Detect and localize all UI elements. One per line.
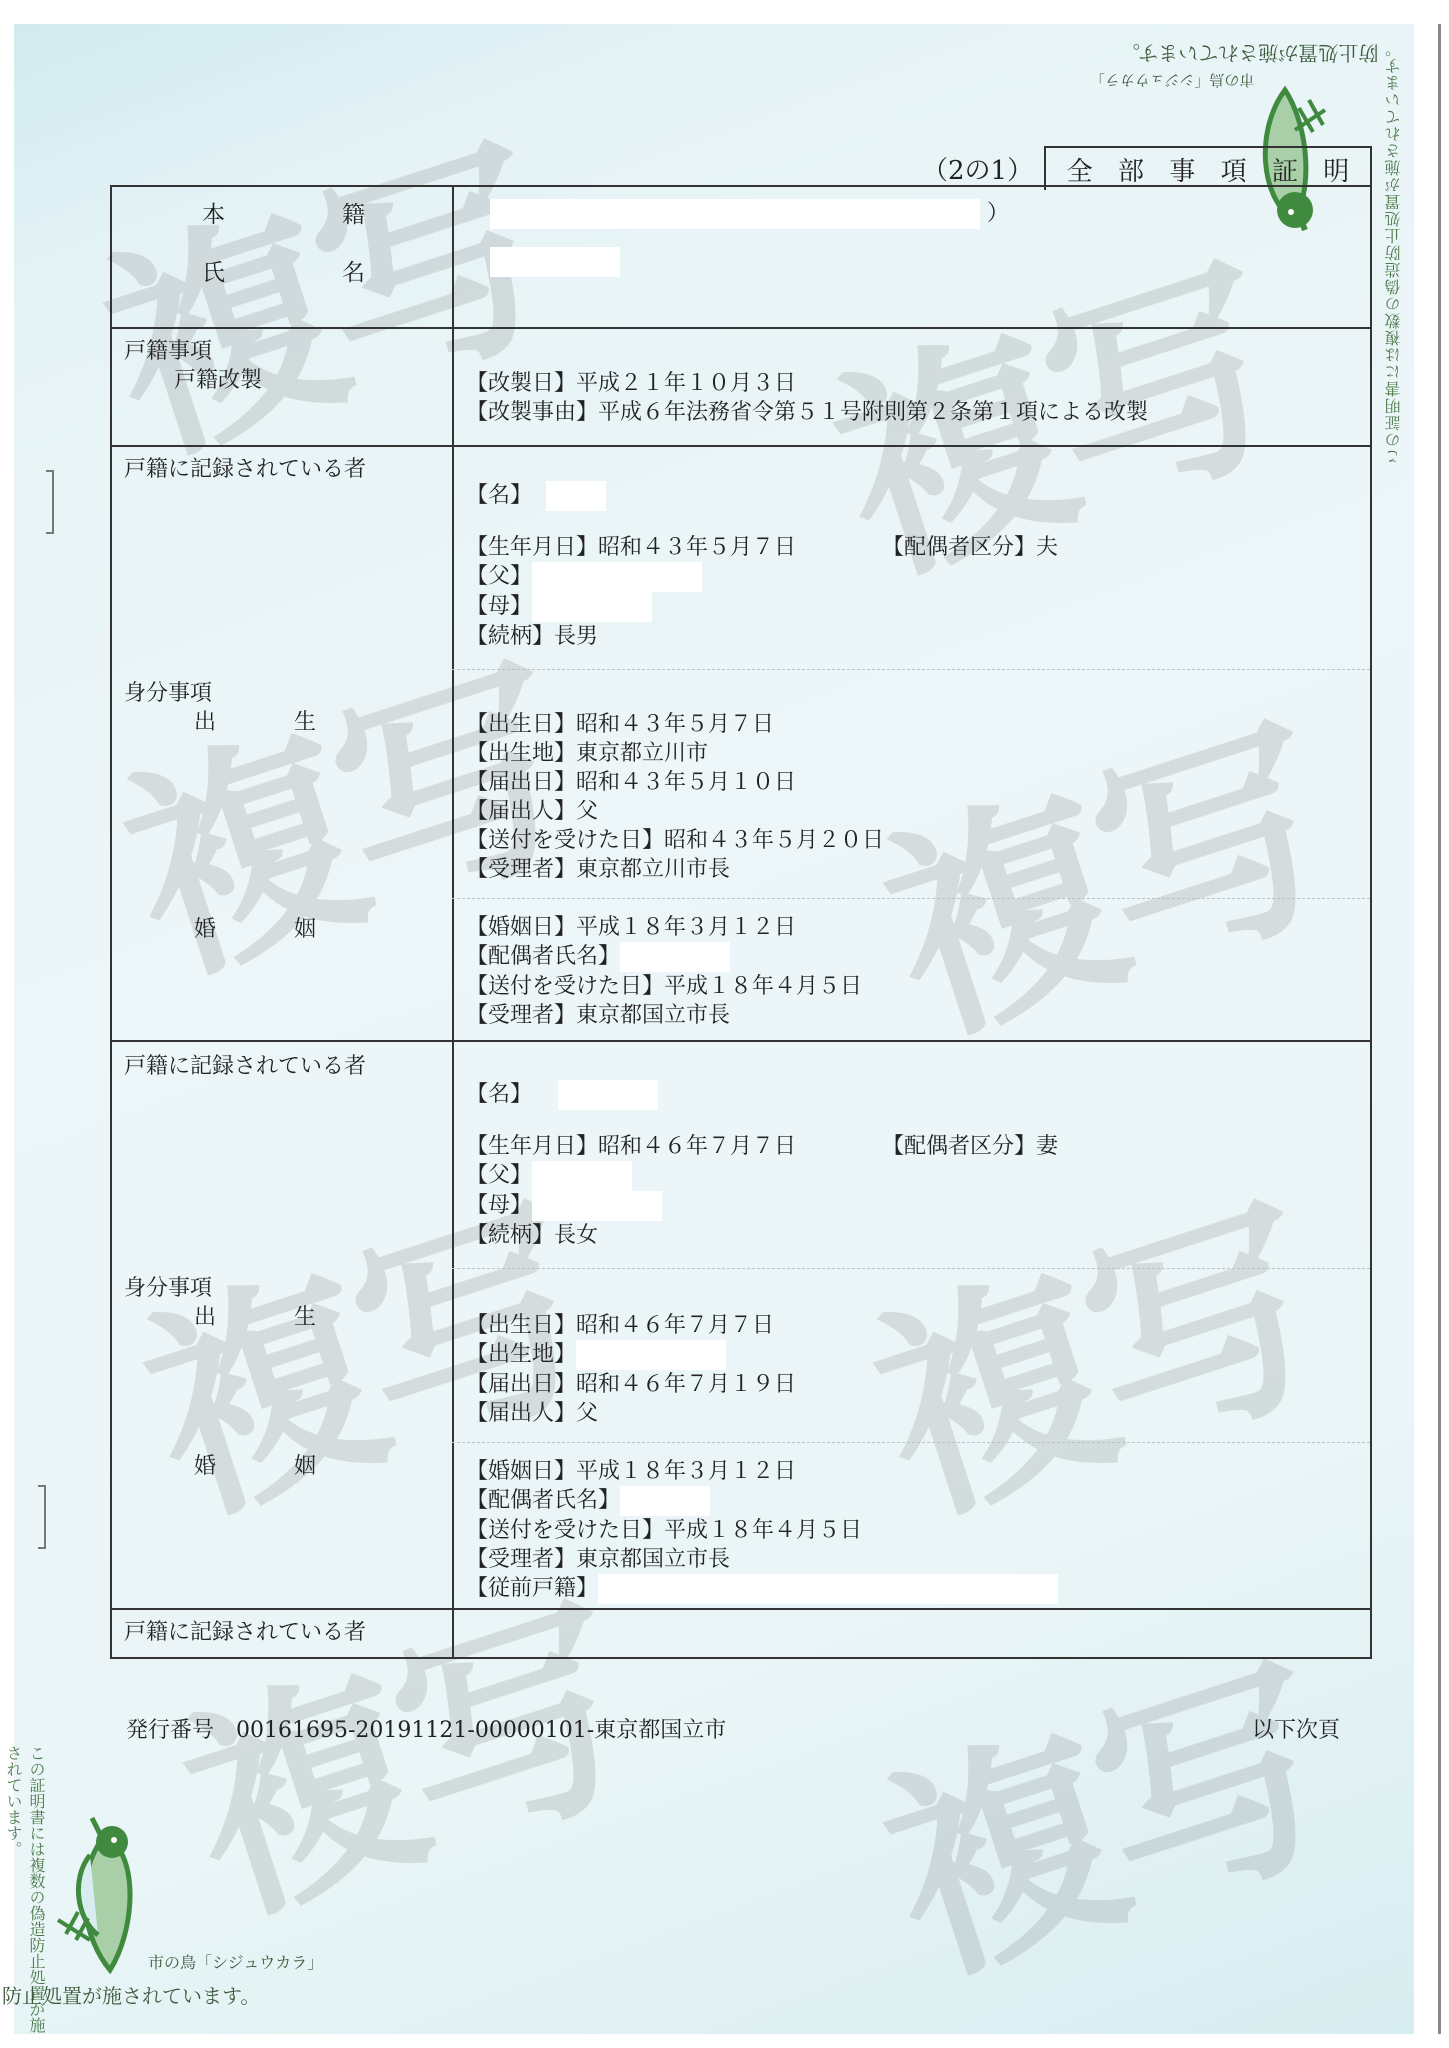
punch-mark bbox=[38, 1485, 46, 1549]
recorded-person-label: 戸籍に記録されている者 bbox=[124, 1052, 440, 1081]
family-register-table: 本 籍 氏 名 ） 戸籍事項 戸籍改製 【改製日】平成２１年１ bbox=[110, 185, 1372, 1659]
honseki-label-cell: 本 籍 氏 名 bbox=[111, 186, 453, 328]
birth-line: 【届出人】父 bbox=[466, 797, 1370, 826]
spouse-class: 【配偶者区分】妻 bbox=[882, 1134, 1058, 1159]
marriage-label: 婚姻 bbox=[124, 915, 440, 944]
redacted-name bbox=[558, 1080, 658, 1110]
marriage-line: 【送付を受けた日】平成１８年４月５日 bbox=[466, 1516, 1370, 1545]
status-items-label: 身分事項 bbox=[124, 1274, 440, 1303]
honseki-label: 籍 bbox=[342, 201, 365, 230]
punch-mark bbox=[46, 470, 54, 534]
birth-line: 【送付を受けた日】昭和４３年５月２０日 bbox=[466, 826, 1370, 855]
birth-line: 【届出日】昭和４３年５月１０日 bbox=[466, 768, 1370, 797]
birthdate-line: 【生年月日】昭和４３年５月７日【配偶者区分】夫 bbox=[466, 533, 1370, 562]
person-1-value-cell: 【名】 【生年月日】昭和４３年５月７日【配偶者区分】夫 【父】 【母】 【続柄】… bbox=[453, 446, 1371, 1041]
birth-line: 【届出日】昭和４６年７月１９日 bbox=[466, 1370, 1370, 1399]
mother-line: 【母】 bbox=[466, 592, 1370, 622]
title-char: 事 bbox=[1169, 151, 1195, 188]
birth-line: 【届出人】父 bbox=[466, 1399, 1370, 1428]
title-char: 項 bbox=[1221, 151, 1247, 188]
birth-line: 【出生地】 bbox=[466, 1340, 1370, 1370]
issue-number: 発行番号 00161695-20191121-00000101-東京都国立市 bbox=[126, 1713, 726, 1744]
marriage-label: 婚姻 bbox=[124, 1452, 440, 1481]
marriage-line: 【受理者】東京都国立市長 bbox=[466, 1001, 1370, 1030]
person-2-label-cell: 戸籍に記録されている者 身分事項 出生 婚姻 bbox=[111, 1041, 453, 1609]
kaisei-reason: 【改製事由】平成６年法務省令第５１号附則第２条第１項による改製 bbox=[466, 398, 1370, 427]
birth-line: 【出生日】昭和４３年５月７日 bbox=[466, 710, 1370, 739]
koseki-jiko-label: 戸籍事項 bbox=[124, 337, 440, 366]
marriage-line: 【配偶者氏名】 bbox=[466, 1486, 1370, 1516]
redacted-birthplace bbox=[576, 1340, 726, 1370]
city-bird-icon-bottom bbox=[50, 1810, 150, 1980]
honseki-label: 本 bbox=[202, 201, 225, 230]
shimei-label: 氏 bbox=[202, 259, 225, 288]
table-row-person-2: 戸籍に記録されている者 身分事項 出生 婚姻 【名】 【生年月日】昭和４６年７月… bbox=[111, 1041, 1371, 1609]
anti-forgery-vertical-right: この証明書には複数の偽造防止処置が施されています。 bbox=[1382, 40, 1405, 465]
koseki-jiko-label-cell: 戸籍事項 戸籍改製 bbox=[111, 328, 453, 446]
table-row-koseki-jiko: 戸籍事項 戸籍改製 【改製日】平成２１年１０月３日 【改製事由】平成６年法務省令… bbox=[111, 328, 1371, 446]
page-count: （2の1） bbox=[922, 150, 1033, 187]
anti-forgery-notice-bottom: 防止処置が施されています。 bbox=[2, 1980, 260, 2009]
city-bird-caption-top: 市の鳥「シジュウカラ」 bbox=[1090, 70, 1254, 91]
honseki-value-cell: ） bbox=[453, 186, 1371, 328]
redacted-shimei bbox=[490, 247, 620, 277]
redacted-honseki bbox=[490, 199, 980, 229]
marriage-line: 【婚姻日】平成１８年３月１２日 bbox=[466, 1457, 1370, 1486]
name-line: 【名】 bbox=[466, 1080, 1370, 1110]
recorded-person-label: 戸籍に記録されている者 bbox=[124, 1618, 440, 1647]
marriage-line: 【従前戸籍】 bbox=[466, 1574, 1370, 1604]
marriage-line: 【婚姻日】平成１８年３月１２日 bbox=[466, 913, 1370, 942]
birth-line: 【出生地】東京都立川市 bbox=[466, 739, 1370, 768]
kaisei-date: 【改製日】平成２１年１０月３日 bbox=[466, 369, 1370, 398]
status-items-label: 身分事項 bbox=[124, 679, 440, 708]
redacted-mother bbox=[532, 1191, 662, 1221]
redacted-father bbox=[532, 562, 702, 592]
birth-label: 出生 bbox=[124, 708, 440, 737]
redacted-father bbox=[532, 1161, 632, 1191]
redacted-spouse bbox=[620, 942, 730, 972]
person-2-value-cell: 【名】 【生年月日】昭和４６年７月７日【配偶者区分】妻 【父】 【母】 【続柄】… bbox=[453, 1041, 1371, 1609]
father-line: 【父】 bbox=[466, 1161, 1370, 1191]
table-row-person-3: 戸籍に記録されている者 bbox=[111, 1609, 1371, 1658]
mother-line: 【母】 bbox=[466, 1191, 1370, 1221]
redacted-name bbox=[546, 481, 606, 511]
koseki-kaisei-label: 戸籍改製 bbox=[124, 366, 440, 395]
birth-label: 出生 bbox=[124, 1303, 440, 1332]
shimei-label: 名 bbox=[342, 259, 365, 288]
title-char: 全 bbox=[1067, 151, 1093, 188]
marriage-line: 【受理者】東京都国立市長 bbox=[466, 1545, 1370, 1574]
city-bird-caption-bottom: 市の鳥「シジュウカラ」 bbox=[148, 1950, 323, 1973]
certificate-title: 全 部 事 項 証 明 bbox=[1044, 146, 1372, 190]
name-line: 【名】 bbox=[466, 481, 1370, 511]
honseki-suffix: ） bbox=[987, 201, 1009, 226]
birthdate-line: 【生年月日】昭和４６年７月７日【配偶者区分】妻 bbox=[466, 1132, 1370, 1161]
redacted-previous-register bbox=[598, 1574, 1058, 1604]
koseki-jiko-value-cell: 【改製日】平成２１年１０月３日 【改製事由】平成６年法務省令第５１号附則第２条第… bbox=[453, 328, 1371, 446]
spouse-class: 【配偶者区分】夫 bbox=[882, 535, 1058, 560]
marriage-line: 【配偶者氏名】 bbox=[466, 942, 1370, 972]
table-row-person-1: 戸籍に記録されている者 身分事項 出生 婚姻 【名】 【生年月日】昭和４３年５月… bbox=[111, 446, 1371, 1041]
birth-line: 【受理者】東京都立川市長 bbox=[466, 855, 1370, 884]
redacted-spouse bbox=[620, 1486, 710, 1516]
birth-line: 【出生日】昭和４６年７月７日 bbox=[466, 1311, 1370, 1340]
relation-line: 【続柄】長女 bbox=[466, 1221, 1370, 1250]
person-3-value-cell bbox=[453, 1609, 1371, 1658]
relation-line: 【続柄】長男 bbox=[466, 622, 1370, 651]
person-3-label-cell: 戸籍に記録されている者 bbox=[111, 1609, 453, 1658]
table-row-honseki: 本 籍 氏 名 ） bbox=[111, 186, 1371, 328]
title-char: 証 bbox=[1272, 151, 1298, 188]
father-line: 【父】 bbox=[466, 562, 1370, 592]
next-page-note: 以下次頁 bbox=[1252, 1713, 1340, 1744]
person-1-label-cell: 戸籍に記録されている者 身分事項 出生 婚姻 bbox=[111, 446, 453, 1041]
marriage-line: 【送付を受けた日】平成１８年４月５日 bbox=[466, 972, 1370, 1001]
redacted-mother bbox=[532, 592, 652, 622]
recorded-person-label: 戸籍に記録されている者 bbox=[124, 455, 440, 484]
page-edge bbox=[1438, 24, 1441, 2034]
title-char: 部 bbox=[1118, 151, 1144, 188]
title-char: 明 bbox=[1323, 151, 1349, 188]
